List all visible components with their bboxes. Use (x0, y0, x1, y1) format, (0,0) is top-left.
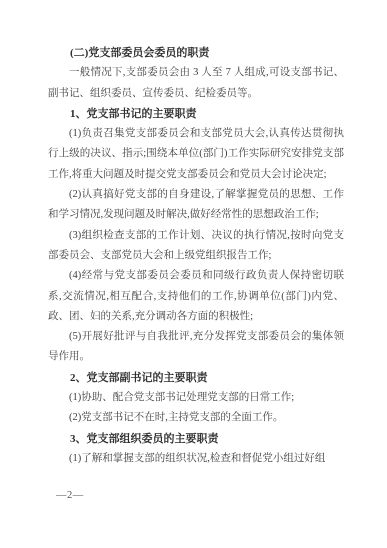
section-1-item-1: (1)负责召集党支部委员会和支部党员大会,认真传达贯彻执行上级的决议、指示;围绕… (48, 124, 344, 185)
section-1-item-4: (4)经常与党支部委员会委员和同级行政负责人保持密切联系,交流情况,相互配合,支… (48, 266, 344, 327)
page-number: —2— (56, 490, 84, 501)
section-1-item-5: (5)开展好批评与自我批评,充分发挥党支部委员会的集体领导作用。 (48, 327, 344, 368)
section-2-heading: 2、党支部副书记的主要职责 (48, 368, 344, 388)
section-3-item-1: (1)了解和掌握支部的组织状况,检查和督促党小组过好组 (48, 449, 344, 469)
document-body: (二)党支部委员会委员的职责 一般情况下,支部委员会由 3 人至 7 人组成,可… (48, 43, 344, 469)
section-1-item-3: (3)组织检查支部的工作计划、决议的执行情况,按时向党支部委员会、支部党员大会和… (48, 226, 344, 267)
section-1-item-2: (2)认真搞好党支部的自身建设,了解掌握党员的思想、工作和学习情况,发现问题及时… (48, 185, 344, 226)
section-3-heading: 3、党支部组织委员的主要职责 (48, 429, 344, 449)
document-page: (二)党支部委员会委员的职责 一般情况下,支部委员会由 3 人至 7 人组成,可… (0, 0, 387, 548)
doc-section-title: (二)党支部委员会委员的职责 (48, 43, 344, 63)
section-2-item-1: (1)协助、配合党支部书记处理党支部的日常工作; (48, 388, 344, 408)
section-2-item-2: (2)党支部书记不在时,主持党支部的全面工作。 (48, 408, 344, 428)
section-1-heading: 1、党支部书记的主要职责 (48, 104, 344, 124)
intro-paragraph: 一般情况下,支部委员会由 3 人至 7 人组成,可设支部书记、副书记、组织委员、… (48, 63, 344, 104)
